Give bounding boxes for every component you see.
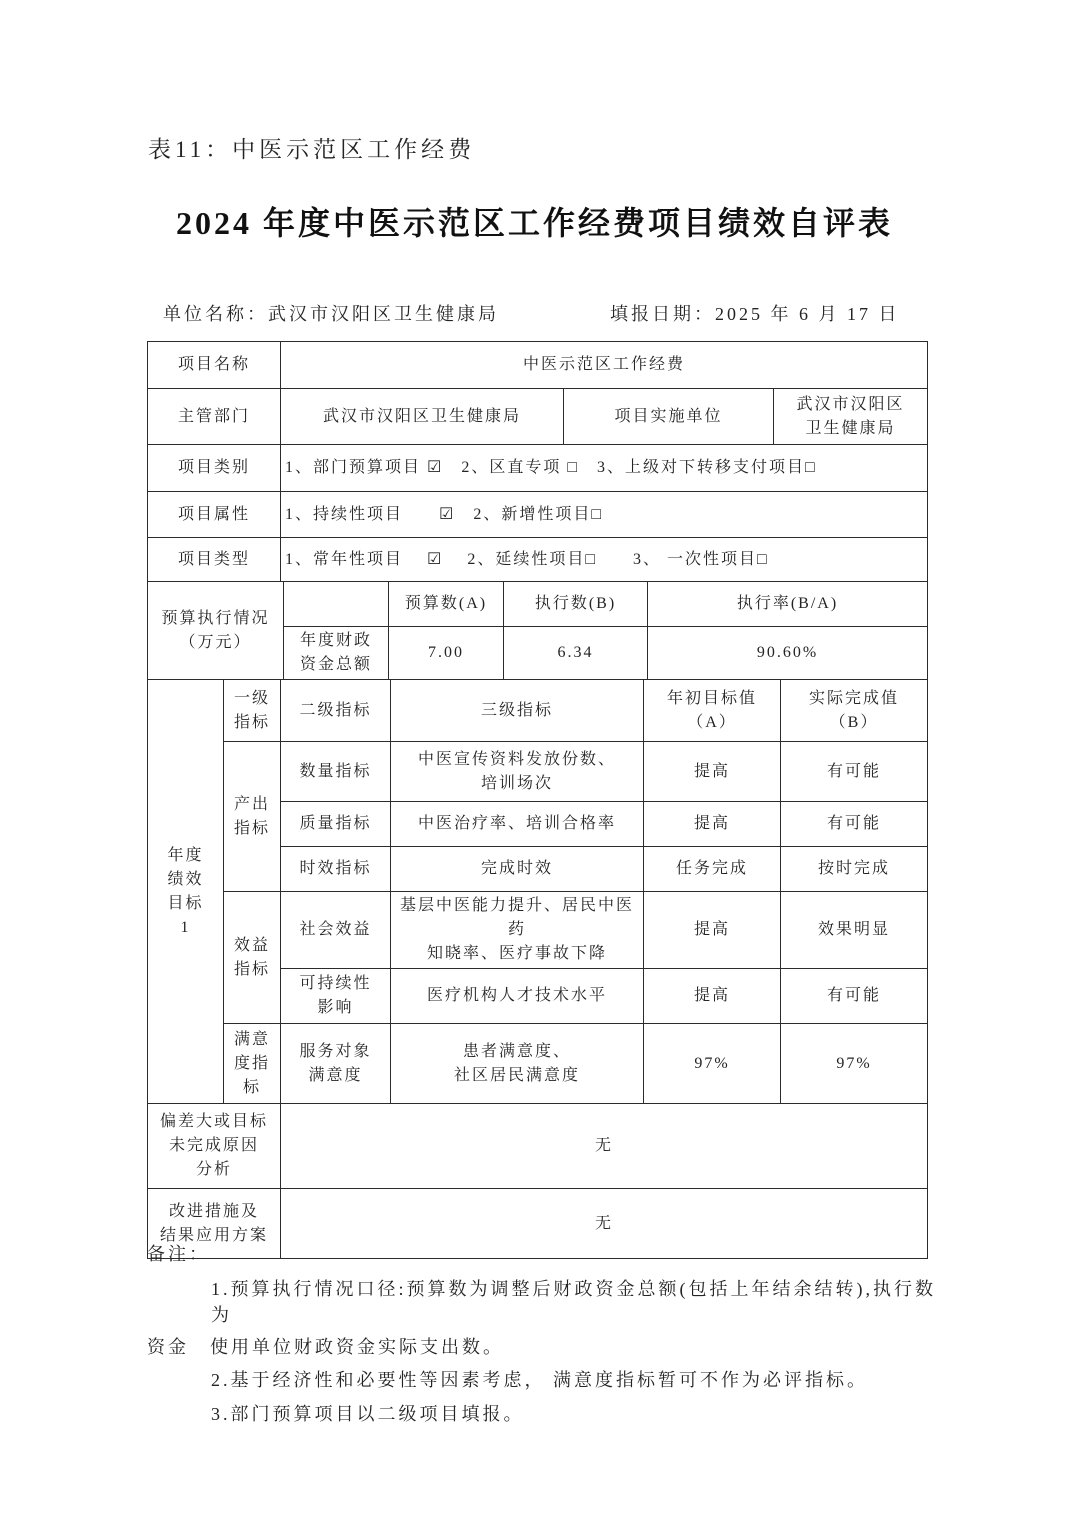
report-date: 填报日期：2025 年 6 月 17 日 bbox=[610, 300, 900, 326]
perf-actual-cell: 有可能 bbox=[781, 742, 928, 802]
perf-target-cell: 提高 bbox=[644, 892, 781, 969]
table-row: 项目属性 1、持续性项目 ☑ 2、新增性项目□ bbox=[148, 492, 928, 538]
attribute-label-cell: 项目属性 bbox=[148, 492, 281, 538]
perf-satisfaction-group-cell: 满意 度指 标 bbox=[224, 1024, 281, 1104]
budget-label-cell: 预算执行情况 （万元） bbox=[148, 582, 284, 680]
table-row: 效益 指标 社会效益 基层中医能力提升、居民中医药 知晓率、医疗事故下降 提高 … bbox=[148, 892, 928, 969]
perf-l2-cell: 质量指标 bbox=[281, 802, 391, 847]
remarks-block: 备注： 1.预算执行情况口径:预算数为调整后财政资金总额(包括上年结余结转),执… bbox=[147, 1240, 947, 1426]
table-row: 项目类型 1、常年性项目 ☑ 2、延续性项目□ 3、 一次性项目□ bbox=[148, 538, 928, 582]
budget-row-label-cell: 年度财政 资金总额 bbox=[284, 627, 389, 680]
performance-section: 年度 绩效 目标 1 一级 指标 二级指标 三级指标 年初目标值 （A） 实际完… bbox=[147, 679, 928, 1104]
perf-target-cell: 提高 bbox=[644, 802, 781, 847]
perf-header-l3-cell: 三级指标 bbox=[391, 680, 644, 742]
perf-l2-cell: 数量指标 bbox=[281, 742, 391, 802]
budget-rate-value-cell: 90.60% bbox=[648, 627, 928, 680]
perf-l2-cell: 时效指标 bbox=[281, 847, 391, 892]
project-name-value-cell: 中医示范区工作经费 bbox=[281, 342, 928, 389]
self-evaluation-table: 项目名称 中医示范区工作经费 主管部门 武汉市汉阳区卫生健康局 项目实施单位 武… bbox=[147, 341, 928, 1259]
perf-header-actual-cell: 实际完成值 （B） bbox=[781, 680, 928, 742]
document-page: 表11：中医示范区工作经费 2024 年度中医示范区工作经费项目绩效自评表 单位… bbox=[0, 0, 1069, 1514]
remark-note-1-line-1: 1.预算执行情况口径:预算数为调整后财政资金总额(包括上年结余结转),执行数为 bbox=[211, 1275, 947, 1327]
category-label-cell: 项目类别 bbox=[148, 445, 281, 492]
perf-target-cell: 97% bbox=[644, 1024, 781, 1104]
budget-empty-cell bbox=[284, 582, 389, 627]
perf-l3-cell: 中医治疗率、培训合格率 bbox=[391, 802, 644, 847]
type-label-cell: 项目类型 bbox=[148, 538, 281, 582]
table-row: 年度 绩效 目标 1 一级 指标 二级指标 三级指标 年初目标值 （A） 实际完… bbox=[148, 680, 928, 742]
table-row: 产出 指标 数量指标 中医宣传资料发放份数、 培训场次 提高 有可能 bbox=[148, 742, 928, 802]
attribute-checkboxes-cell: 1、持续性项目 ☑ 2、新增性项目□ bbox=[281, 492, 928, 538]
table-tag: 表11：中医示范区工作经费 bbox=[148, 131, 475, 164]
perf-benefit-group-cell: 效益 指标 bbox=[224, 892, 281, 1024]
type-checkboxes-cell: 1、常年性项目 ☑ 2、延续性项目□ 3、 一次性项目□ bbox=[281, 538, 928, 582]
perf-header-l2-cell: 二级指标 bbox=[281, 680, 391, 742]
perf-l2-cell: 可持续性 影响 bbox=[281, 969, 391, 1024]
dept-label-cell: 主管部门 bbox=[148, 389, 281, 445]
perf-actual-cell: 有可能 bbox=[781, 969, 928, 1024]
remark-note-2: 2.基于经济性和必要性等因素考虑， 满意度指标暂可不作为必评指标。 bbox=[211, 1366, 947, 1392]
impl-unit-value-cell: 武汉市汉阳区 卫生健康局 bbox=[774, 389, 928, 445]
perf-output-group-cell: 产出 指标 bbox=[224, 742, 281, 892]
deviation-label-cell: 偏差大或目标 未完成原因 分析 bbox=[148, 1104, 281, 1189]
budget-col-a-header-cell: 预算数(A) bbox=[389, 582, 504, 627]
perf-l2-cell: 社会效益 bbox=[281, 892, 391, 969]
perf-header-l1-cell: 一级 指标 bbox=[224, 680, 281, 742]
perf-header-target-cell: 年初目标值 （A） bbox=[644, 680, 781, 742]
page-title: 2024 年度中医示范区工作经费项目绩效自评表 bbox=[0, 198, 1069, 244]
perf-actual-cell: 97% bbox=[781, 1024, 928, 1104]
budget-section: 预算执行情况 （万元） 预算数(A) 执行数(B) 执行率(B/A) 年度财政 … bbox=[147, 581, 928, 680]
perf-group-label-cell: 年度 绩效 目标 1 bbox=[148, 680, 224, 1104]
perf-l3-cell: 完成时效 bbox=[391, 847, 644, 892]
summary-section: 偏差大或目标 未完成原因 分析 无 改进措施及 结果应用方案 无 bbox=[147, 1103, 928, 1259]
table-row: 偏差大或目标 未完成原因 分析 无 bbox=[148, 1104, 928, 1189]
perf-target-cell: 提高 bbox=[644, 742, 781, 802]
budget-b-value-cell: 6.34 bbox=[504, 627, 648, 680]
table-row: 项目名称 中医示范区工作经费 bbox=[148, 342, 928, 389]
project-name-label-cell: 项目名称 bbox=[148, 342, 281, 389]
perf-l3-cell: 中医宣传资料发放份数、 培训场次 bbox=[391, 742, 644, 802]
remark-note-3: 3.部门预算项目以二级项目填报。 bbox=[211, 1400, 947, 1426]
budget-rate-header-cell: 执行率(B/A) bbox=[648, 582, 928, 627]
perf-actual-cell: 有可能 bbox=[781, 802, 928, 847]
remarks-heading: 备注： bbox=[147, 1240, 947, 1266]
perf-actual-cell: 效果明显 bbox=[781, 892, 928, 969]
table-row: 主管部门 武汉市汉阳区卫生健康局 项目实施单位 武汉市汉阳区 卫生健康局 bbox=[148, 389, 928, 445]
deviation-value-cell: 无 bbox=[281, 1104, 928, 1189]
perf-target-cell: 任务完成 bbox=[644, 847, 781, 892]
category-checkboxes-cell: 1、部门预算项目 ☑ 2、区直专项 □ 3、上级对下转移支付项目□ bbox=[281, 445, 928, 492]
budget-col-b-header-cell: 执行数(B) bbox=[504, 582, 648, 627]
dept-value-cell: 武汉市汉阳区卫生健康局 bbox=[281, 389, 564, 445]
table-row: 预算执行情况 （万元） 预算数(A) 执行数(B) 执行率(B/A) bbox=[148, 582, 928, 627]
perf-l3-cell: 患者满意度、 社区居民满意度 bbox=[391, 1024, 644, 1104]
perf-l3-cell: 基层中医能力提升、居民中医药 知晓率、医疗事故下降 bbox=[391, 892, 644, 969]
perf-l2-cell: 服务对象 满意度 bbox=[281, 1024, 391, 1104]
perf-actual-cell: 按时完成 bbox=[781, 847, 928, 892]
project-info-section: 项目名称 中医示范区工作经费 主管部门 武汉市汉阳区卫生健康局 项目实施单位 武… bbox=[147, 341, 928, 582]
table-row: 满意 度指 标 服务对象 满意度 患者满意度、 社区居民满意度 97% 97% bbox=[148, 1024, 928, 1104]
unit-name: 单位名称：武汉市汉阳区卫生健康局 bbox=[163, 300, 499, 326]
budget-a-value-cell: 7.00 bbox=[389, 627, 504, 680]
table-row: 项目类别 1、部门预算项目 ☑ 2、区直专项 □ 3、上级对下转移支付项目□ bbox=[148, 445, 928, 492]
remark-note-1-line-2: 资金 使用单位财政资金实际支出数。 bbox=[147, 1333, 947, 1359]
impl-unit-label-cell: 项目实施单位 bbox=[564, 389, 774, 445]
perf-l3-cell: 医疗机构人才技术水平 bbox=[391, 969, 644, 1024]
perf-target-cell: 提高 bbox=[644, 969, 781, 1024]
